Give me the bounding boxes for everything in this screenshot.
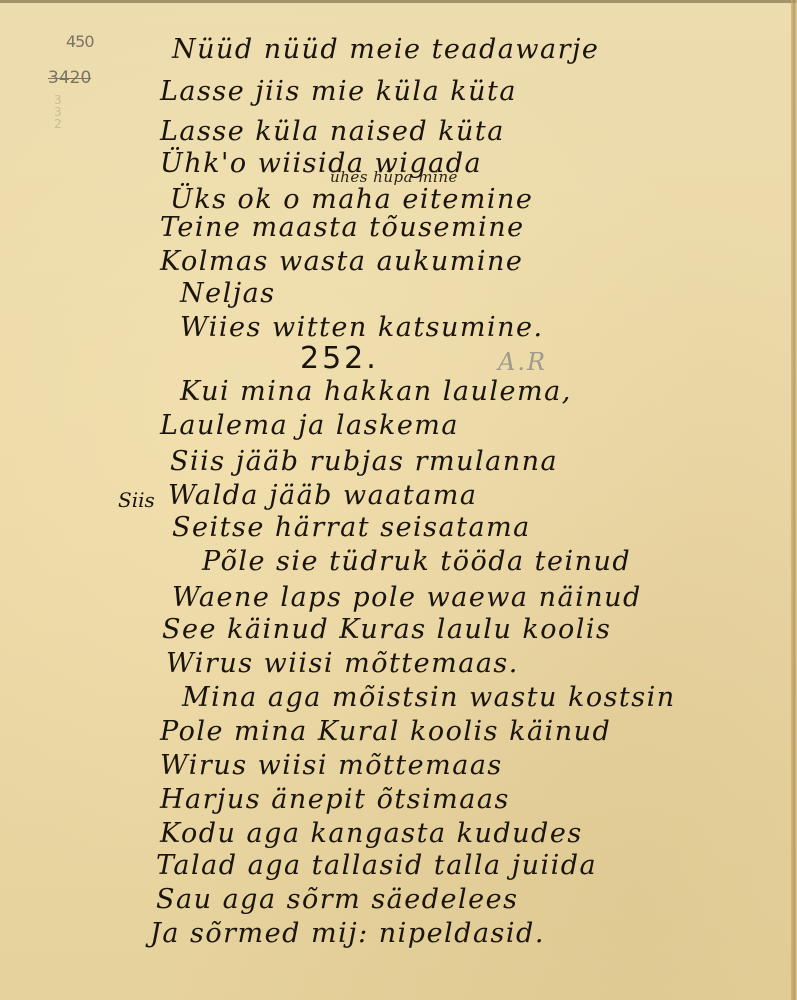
song1-line-8: Neljas	[180, 280, 276, 307]
song2-margin-note: Siis	[118, 488, 155, 512]
song2-line-14: Kodu aga kangasta kududes	[160, 820, 583, 847]
song1-line-3: Lasse küla naised küta	[160, 118, 505, 145]
song2-line-10: Mina aga mõistsin wastu kostsin	[182, 684, 676, 711]
song2-line-7: Waene laps pole waewa näinud	[172, 584, 642, 611]
song2-line-2: Laulema ja laskema	[160, 412, 459, 439]
song2-pencil-initials: A.R	[498, 348, 547, 376]
song2-line-6: Põle sie tüdruk tööda teinud	[202, 548, 631, 575]
song1-line-2: Lasse jiis mie küla küta	[160, 78, 517, 105]
song2-number: 252.	[300, 344, 379, 374]
song2-line-17: Ja sõrmed mij: nipeldasid.	[150, 920, 545, 947]
song2-line-4: Walda jääb waatama	[168, 482, 478, 509]
song2-line-1: Kui mina hakkan laulema,	[180, 378, 572, 405]
song1-line-7: Kolmas wasta aukumine	[160, 248, 523, 275]
song2-line-12: Wirus wiisi mõttemaas	[160, 752, 503, 779]
song2-line-15: Talad aga tallasid talla juiida	[156, 852, 597, 879]
song1-line-9: Wiies witten katsumine.	[180, 314, 544, 341]
song2-line-8: See käinud Kuras laulu koolis	[162, 616, 611, 643]
manuscript-page: 450 3420 3 3 2 Nüüd nüüd meie teadawarje…	[0, 0, 797, 1000]
song2-line-9: Wirus wiisi mõttemaas.	[166, 650, 519, 677]
song1-insert-above-line-5: ühes hüpa mine	[330, 170, 458, 185]
song1-line-6: Teine maasta tõusemine	[160, 214, 525, 241]
song2-line-5: Seitse härrat seisatama	[172, 514, 531, 541]
song2-line-16: Sau aga sõrm säedelees	[156, 886, 518, 913]
song2-line-11: Pole mina Kural koolis käinud	[160, 718, 611, 745]
manuscript-text: Nüüd nüüd meie teadawarje Lasse jiis mie…	[0, 0, 797, 1000]
song1-line-5: Üks ok o maha eitemine	[170, 186, 533, 213]
song2-line-3: Siis jääb rubjas rmulanna	[170, 448, 558, 475]
song2-line-13: Harjus änepit õtsimaas	[160, 786, 510, 813]
song1-line-1: Nüüd nüüd meie teadawarje	[172, 36, 599, 63]
